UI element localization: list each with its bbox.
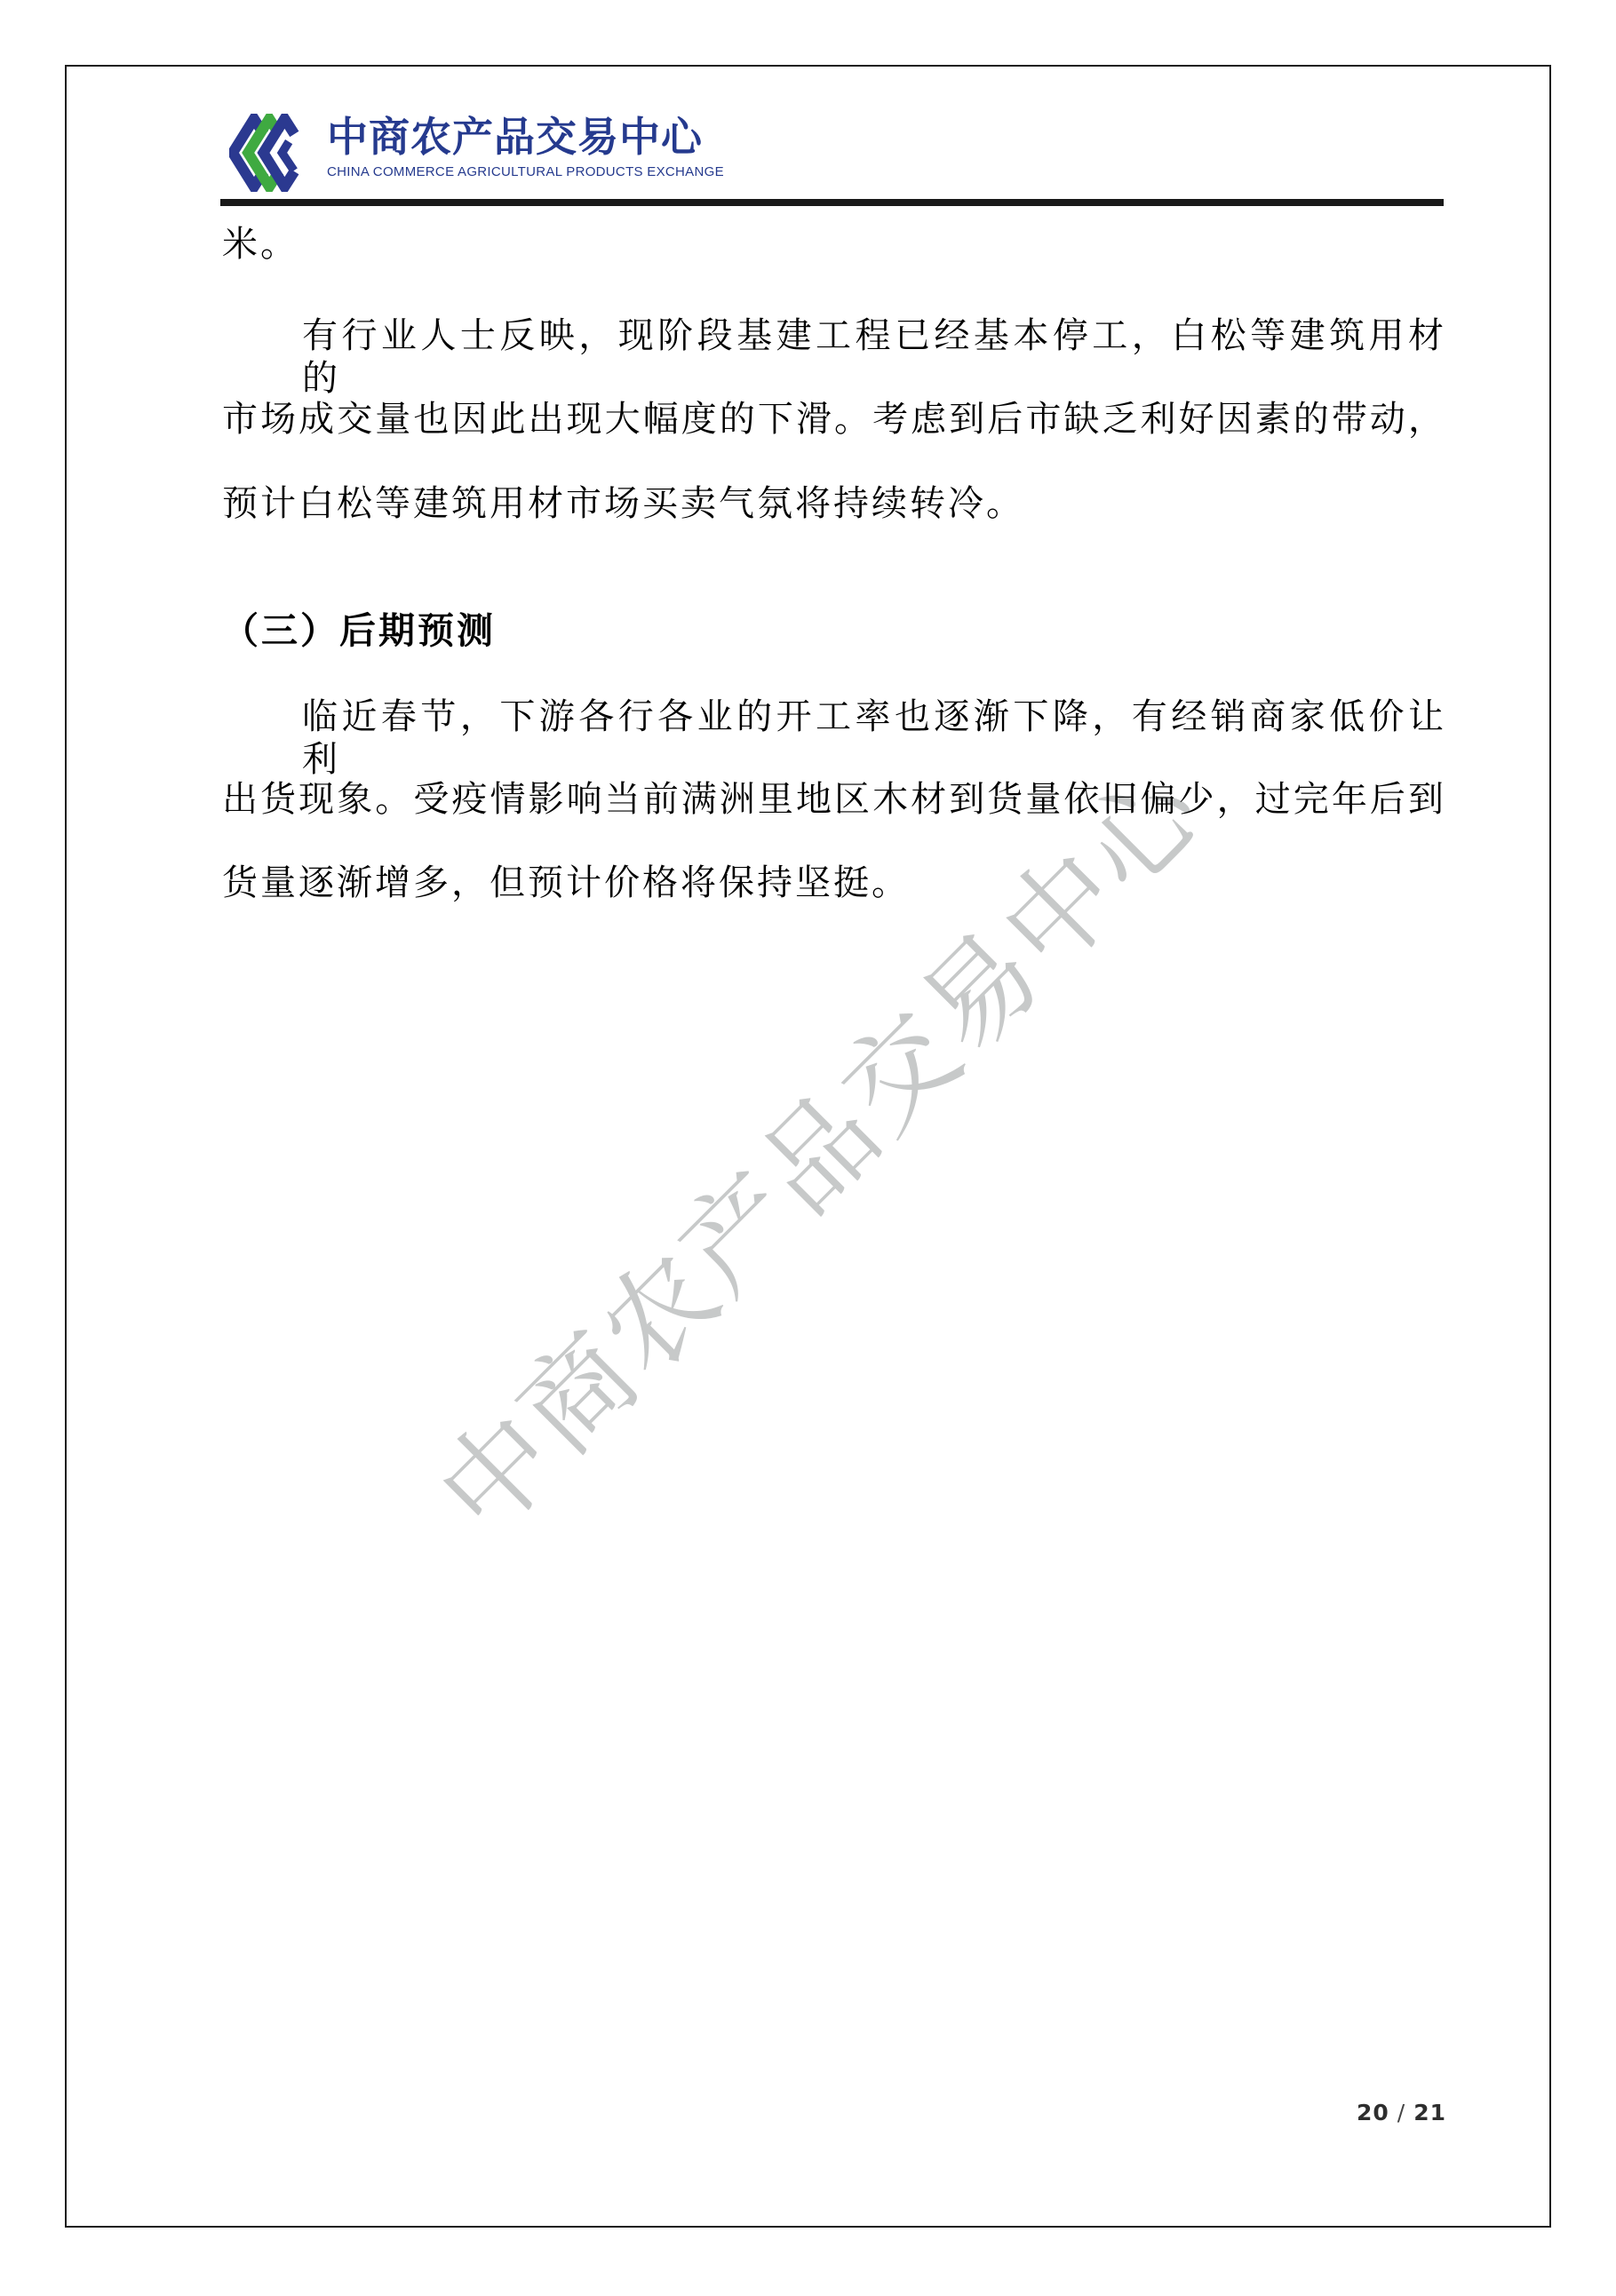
header-divider xyxy=(220,199,1444,206)
logo-chinese-name: 中商农产品交易中心 xyxy=(327,114,724,160)
ccg-logo-icon xyxy=(229,114,314,192)
logo-english-name: CHINA COMMERCE AGRICULTURAL PRODUCTS EXC… xyxy=(327,164,724,180)
page-number: 20/21 xyxy=(222,2100,1446,2125)
paragraph1-line3: 预计白松等建筑用材市场买卖气氛将持续转冷。 xyxy=(222,482,1446,525)
page-number-separator: / xyxy=(1397,2100,1405,2125)
paragraph1-line2: 市场成交量也因此出现大幅度的下滑。考虑到后市缺乏利好因素的带动， xyxy=(222,398,1446,441)
paragraph1-line1: 有行业人士反映，现阶段基建工程已经基本停工，白松等建筑用材的 xyxy=(222,314,1446,400)
section-heading: （三）后期预测 xyxy=(222,609,1446,652)
paragraph2-line2: 出货现象。受疫情影响当前满洲里地区木材到货量依旧偏少，过完年后到 xyxy=(222,778,1446,821)
logo-text: 中商农产品交易中心 CHINA COMMERCE AGRICULTURAL PR… xyxy=(327,114,724,180)
body-line-intro: 米。 xyxy=(222,223,1446,266)
paragraph2-line3: 货量逐渐增多，但预计价格将保持坚挺。 xyxy=(222,862,1446,904)
paragraph2-line1: 临近春节，下游各行各业的开工率也逐渐下降，有经销商家低价让利 xyxy=(222,695,1446,781)
page-number-total: 21 xyxy=(1413,2100,1446,2125)
page-number-current: 20 xyxy=(1357,2100,1389,2125)
logo: 中商农产品交易中心 CHINA COMMERCE AGRICULTURAL PR… xyxy=(229,114,724,192)
document-page: 中商农产品交易中心 CHINA COMMERCE AGRICULTURAL PR… xyxy=(0,0,1616,2296)
